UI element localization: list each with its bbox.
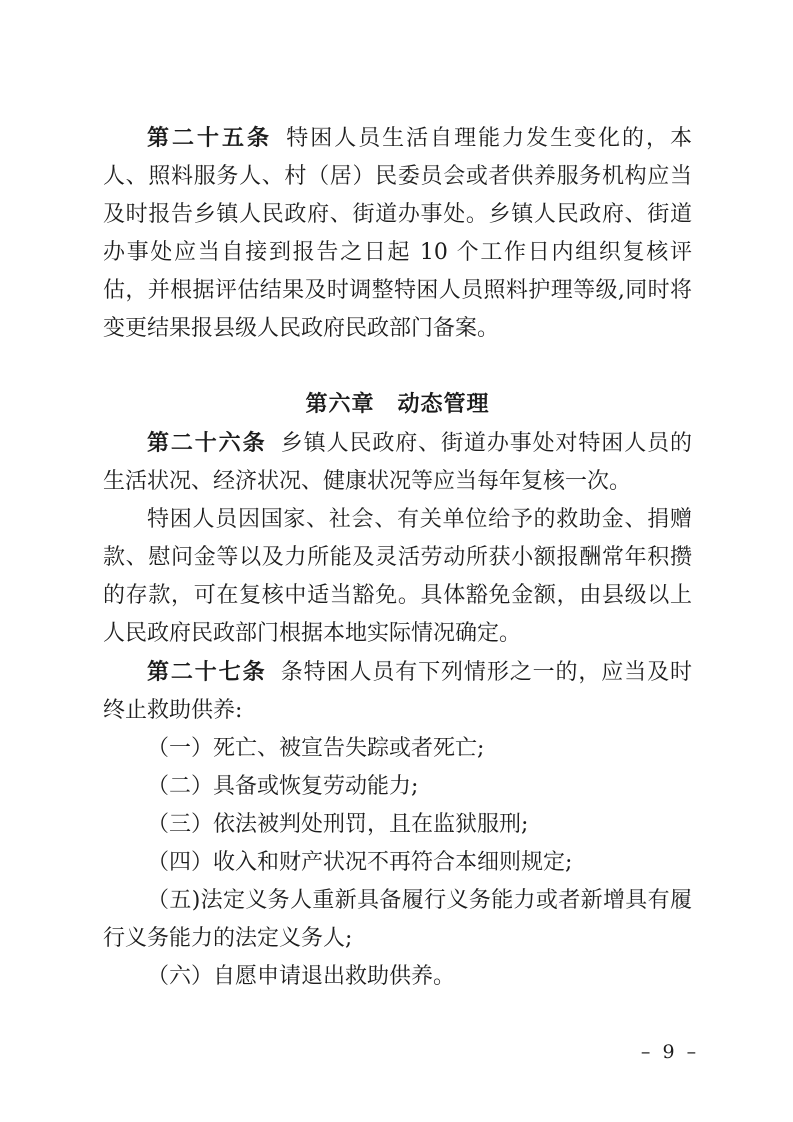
article-27-paragraph: 第二十七条条特困人员有下列情形之一的，应当及时终止救助供养: xyxy=(103,653,692,730)
article-26-paragraph: 第二十六条乡镇人民政府、街道办事处对特困人员的生活状况、经济状况、健康状况等应当… xyxy=(103,424,692,501)
article-25-text: 特困人员生活自理能力发生变化的，本人、照料服务人、村（居）民委员会或者供养服务机… xyxy=(103,126,692,341)
article-26-number: 第二十六条 xyxy=(147,430,266,456)
list-item-4: （四）收入和财产状况不再符合本细则规定; xyxy=(103,844,692,882)
article-25-paragraph: 第二十五条特困人员生活自理能力发生变化的，本人、照料服务人、村（居）民委员会或者… xyxy=(103,119,692,348)
list-item-3: （三）依法被判处刑罚，且在监狱服刑; xyxy=(103,806,692,844)
list-item-5: （五)法定义务人重新具备履行义务能力或者新增具有履行义务能力的法定义务人; xyxy=(103,882,692,958)
document-page: 第二十五条特困人员生活自理能力发生变化的，本人、照料服务人、村（居）民委员会或者… xyxy=(0,0,793,1122)
article-25-number: 第二十五条 xyxy=(147,125,272,151)
page-number: – 9 – xyxy=(620,1041,720,1063)
document-content: 第二十五条特困人员生活自理能力发生变化的，本人、照料服务人、村（居）民委员会或者… xyxy=(103,119,692,996)
savings-exemption-paragraph: 特困人员因国家、社会、有关单位给予的救助金、捐赠款、慰问金等以及力所能及灵活劳动… xyxy=(103,501,692,653)
list-item-1: （一）死亡、被宣告失踪或者死亡; xyxy=(103,730,692,768)
list-item-6: （六）自愿申请退出救助供养。 xyxy=(103,958,692,996)
article-27-number: 第二十七条 xyxy=(147,659,266,685)
chapter-6-heading: 第六章 动态管理 xyxy=(103,386,692,424)
list-item-2: （二）具备或恢复劳动能力; xyxy=(103,768,692,806)
